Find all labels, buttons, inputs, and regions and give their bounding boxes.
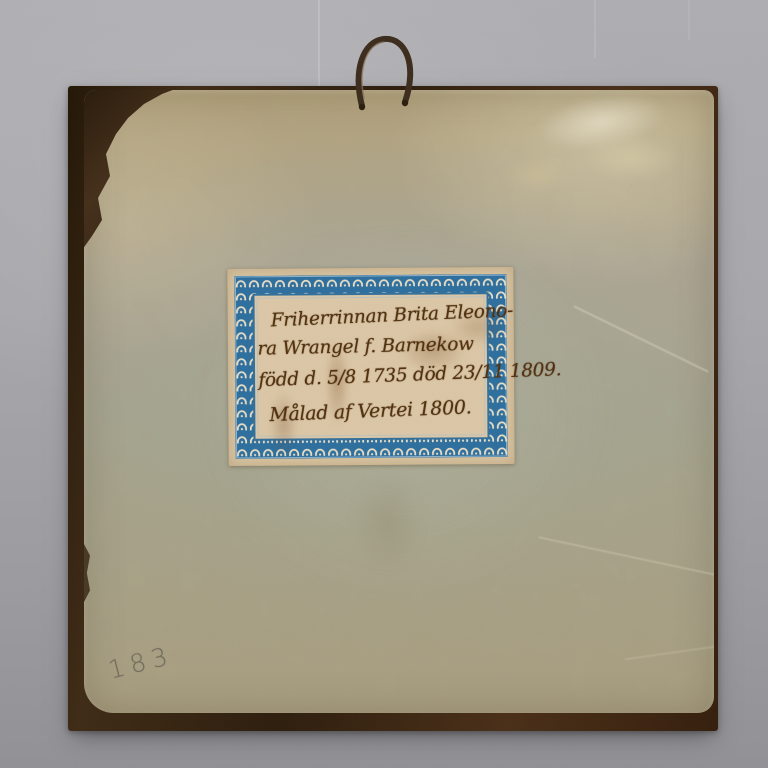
scratch-line [624,642,714,661]
paper-backing: Friherrinnan Brita Eleono- ra Wrangel f.… [84,90,714,713]
wall-scratch [594,0,596,58]
torn-paper-corner [84,90,184,256]
wall-scratch [688,0,690,40]
stain-top-right [584,134,680,182]
scratch-line [573,305,709,373]
photo-scene: Friherrinnan Brita Eleono- ra Wrangel f.… [0,0,768,768]
wall-scratch [318,0,320,88]
wood-panel: Friherrinnan Brita Eleono- ra Wrangel f.… [68,86,718,731]
stain-below-label [352,472,422,572]
label-handwriting: Friherrinnan Brita Eleono- ra Wrangel f.… [256,299,495,430]
stain-top-right [500,156,576,194]
scratch-line [538,536,714,582]
stain-top-right [533,90,670,158]
pencil-inventory-number: 183 [105,640,176,684]
torn-paper-edge [84,542,90,604]
hanging-wire-loop [338,28,432,114]
collection-label: Friherrinnan Brita Eleono- ra Wrangel f.… [227,267,514,466]
